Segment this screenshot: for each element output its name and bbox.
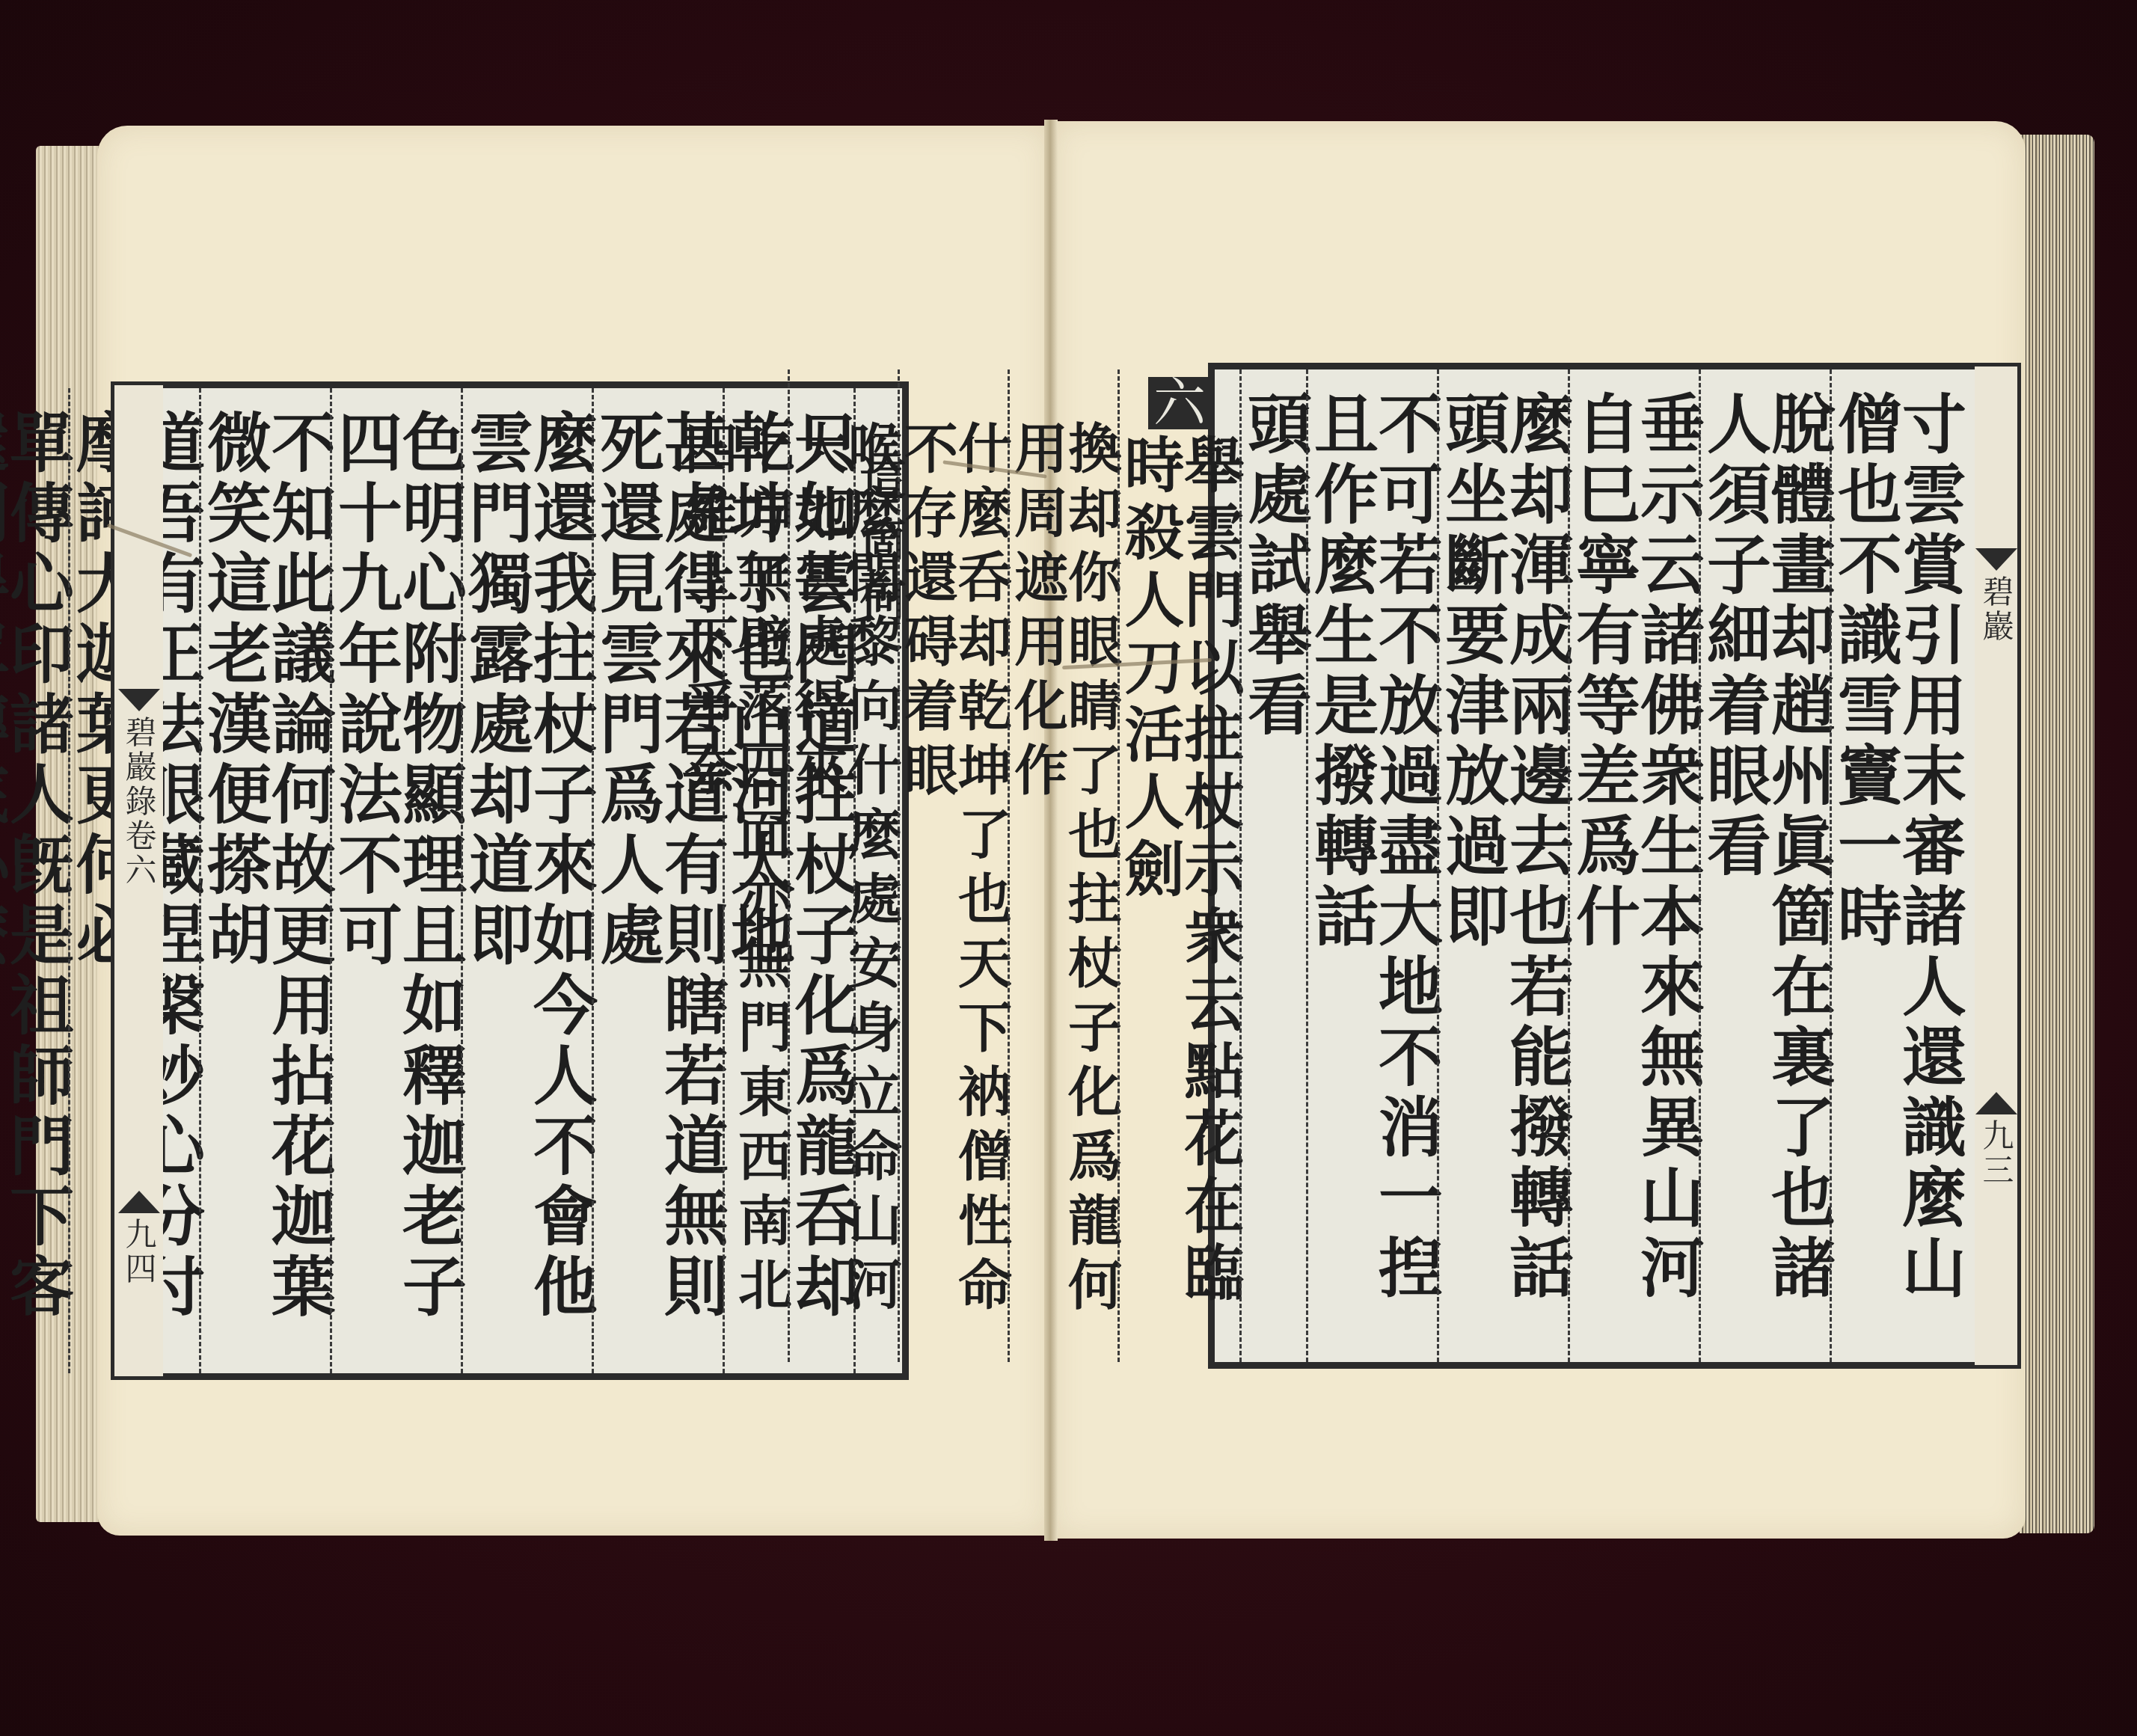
column-text: 十方無壁落四面亦無門東西南北四維上下爭奈	[680, 390, 788, 1362]
page-number: 九四	[117, 1218, 162, 1286]
right-print-frame: 寸雲賞引用末審諸人還識麼山僧也不識雪竇一時 脫體畫却趙州眞箇在裏了也諸人須子細着…	[1208, 363, 2012, 1369]
text-column: 單傳心印諸人旣是祖師門下客還明得單傳底心麼	[0, 388, 68, 1373]
text-column: 什麼呑却乾坤了也天下衲僧性命不存還碍着眼	[898, 369, 1008, 1362]
column-text: 什麼呑却乾坤了也天下衲僧性命不存還碍着眼	[900, 390, 1008, 1362]
column-text: 麼却渾成兩邊去也若能撥轉話頭坐斷要津放過即	[1439, 390, 1568, 1362]
right-center-fold-margin: 碧巖 九三	[1975, 363, 2021, 1369]
case-number-marker: 六	[1148, 377, 1211, 429]
text-column: 頭處試舉看	[1239, 369, 1306, 1362]
text-column: 垂示云諸佛衆生本來無異山河自巳寧有等差爲什	[1568, 369, 1699, 1362]
book-title: 碧巖	[1974, 575, 2019, 644]
text-column: 十方無壁落四面亦無門東西南北四維上下爭奈	[680, 369, 788, 1362]
column-text: 單傳心印諸人旣是祖師門下客還明得單傳底心麼	[0, 409, 68, 1373]
column-text: 寸雲賞引用末審諸人還識麼山僧也不識雪竇一時	[1832, 390, 1960, 1362]
column-text: 色明心附物顯理且如釋迦老子四十九年說法不可	[332, 409, 461, 1373]
right-page-edges	[2020, 135, 2094, 1533]
text-column: 不可若不放過盡大地不消一揑且作麼生是撥轉話	[1306, 369, 1437, 1362]
text-column: 麼還我拄杖子來如今人不會他雲門獨露處却道即	[461, 388, 592, 1373]
column-text: 換却你眼睛了也拄杖子化爲龍何用周遮用化作	[1010, 390, 1117, 1362]
column-text: 頭處試舉看	[1242, 390, 1306, 1362]
column-text: 舉雲門以拄杖示衆云點花在臨時殺人刀活人劍	[1120, 434, 1239, 1362]
text-column: 色明心附物顯理且如釋迦老子四十九年說法不可	[330, 388, 461, 1373]
fishtail-mark-icon	[118, 1191, 160, 1213]
right-text-columns: 寸雲賞引用末審諸人還識麼山僧也不識雪竇一時 脫體畫却趙州眞箇在裏了也諸人須子細着…	[1215, 369, 1960, 1362]
column-text: 不可若不放過盡大地不消一揑且作麼生是撥轉話	[1308, 390, 1437, 1362]
column-text: 喉麼闍黎向什麼處安身立命山河大地甚處得來	[790, 390, 898, 1362]
text-column-heading: 六 舉雲門以拄杖示衆云點花在臨時殺人刀活人劍	[1117, 369, 1239, 1362]
book-title: 碧巖錄卷六	[117, 716, 162, 888]
column-text: 不知此議論何故更用拈花迦葉微笑這老漢便搽胡	[201, 409, 330, 1373]
column-text: 脫體畫却趙州眞箇在裏了也諸人須子細着眼看	[1701, 390, 1830, 1362]
text-column: 不知此議論何故更用拈花迦葉微笑這老漢便搽胡	[199, 388, 330, 1373]
fishtail-mark-icon	[1975, 548, 2017, 571]
text-column: 寸雲賞引用末審諸人還識麼山僧也不識雪竇一時	[1830, 369, 1960, 1362]
fishtail-mark-icon	[118, 689, 160, 711]
column-text: 垂示云諸佛衆生本來無異山河自巳寧有等差爲什	[1570, 390, 1699, 1362]
page-number: 九三	[1974, 1119, 2019, 1188]
fishtail-mark-icon	[1975, 1092, 2017, 1114]
text-column: 換却你眼睛了也拄杖子化爲龍何用周遮用化作	[1008, 369, 1117, 1362]
text-column: 脫體畫却趙州眞箇在裏了也諸人須子細着眼看	[1699, 369, 1830, 1362]
text-column: 喉麼闍黎向什麼處安身立命山河大地甚處得來	[788, 369, 898, 1362]
text-column: 麼却渾成兩邊去也若能撥轉話頭坐斷要津放過即	[1437, 369, 1568, 1362]
column-text: 麼還我拄杖子來如今人不會他雲門獨露處却道即	[463, 409, 592, 1373]
